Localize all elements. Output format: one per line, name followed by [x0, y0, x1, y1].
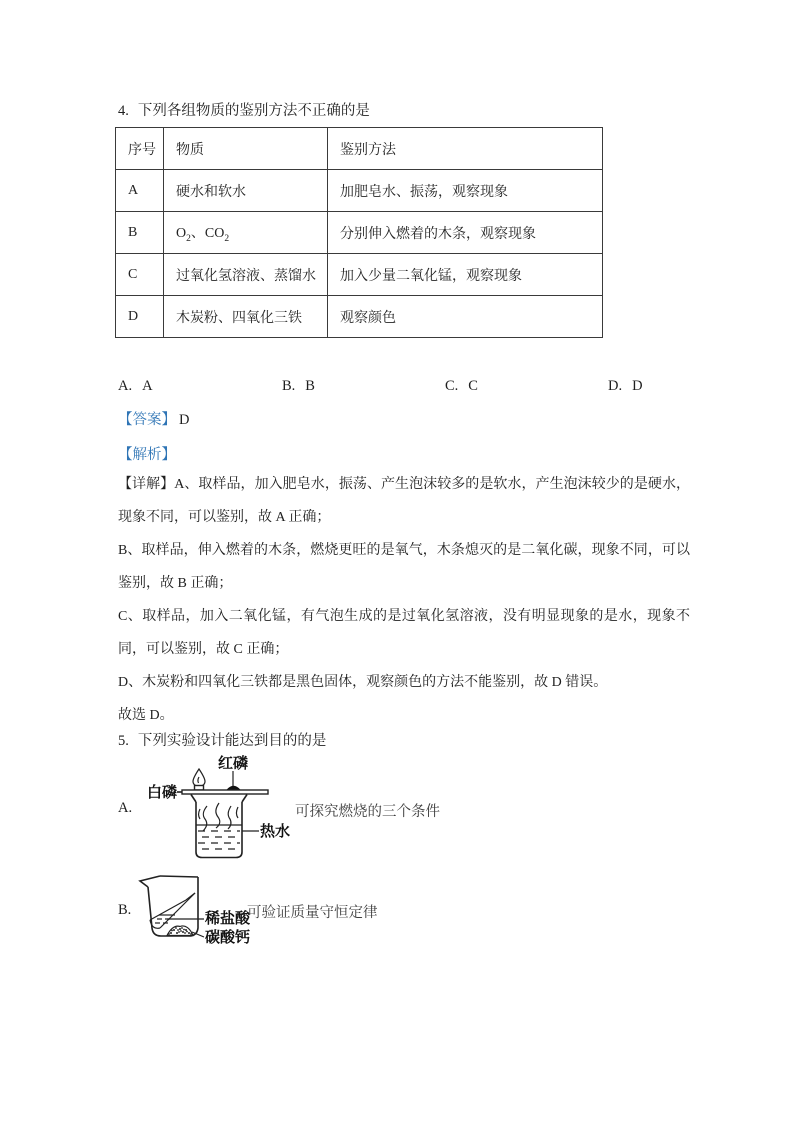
figure-B-caption: 可验证质量守恒定律 — [247, 901, 378, 922]
test-tube-shape — [150, 893, 195, 928]
detail-conclusion: 故选 D。 — [118, 699, 690, 732]
analysis-label: 【解析】 — [118, 447, 176, 463]
answer-label: 【答案】 — [118, 412, 176, 428]
table-row: D 木炭粉、四氧化三铁 观察颜色 — [116, 296, 603, 338]
header-cell-鉴别方法: 鉴别方法 — [328, 128, 603, 170]
calcium-carbonate-label: 碳酸钙 — [205, 928, 250, 946]
identification-methods-table: 序号 物质 鉴别方法 A 硬水和软水 加肥皂水、振荡，观察现象 B O2、CO2… — [115, 127, 603, 338]
table-row: C 过氧化氢溶液、蒸馏水 加入少量二氧化锰，观察现象 — [116, 254, 603, 296]
header-cell-物质: 物质 — [164, 128, 328, 170]
exam-document-page: 4.下列各组物质的鉴别方法不正确的是 序号 物质 鉴别方法 A 硬水和软水 加肥… — [0, 0, 793, 1122]
row-id: B — [116, 212, 164, 254]
header-cell-序号: 序号 — [116, 128, 164, 170]
answer-value: D — [179, 412, 189, 428]
question5-number: 5. — [118, 733, 129, 750]
analysis-line: 【解析】 — [118, 443, 176, 464]
mass-conservation-diagram: 稀盐酸 碳酸钙 — [135, 870, 250, 950]
table-row: B O2、CO2 分别伸入燃着的木条，观察现象 — [116, 212, 603, 254]
flame-icon — [193, 769, 205, 786]
detail-paragraph-d: D、木炭粉和四氧化三铁都是黑色固体，观察颜色的方法不能鉴别，故 D 错误。 — [118, 666, 690, 699]
row-substance: 木炭粉、四氧化三铁 — [164, 296, 328, 338]
row-method: 观察颜色 — [328, 296, 603, 338]
row-method: 加入少量二氧化锰，观察现象 — [328, 254, 603, 296]
answer-line: 【答案】D — [118, 408, 189, 429]
dilute-hcl-label: 稀盐酸 — [204, 909, 250, 927]
question4-text: 下列各组物质的鉴别方法不正确的是 — [138, 99, 370, 120]
beaker-shape — [140, 876, 198, 936]
row-id: D — [116, 296, 164, 338]
figure-A-caption: 可探究燃烧的三个条件 — [295, 800, 440, 821]
row-substance: 硬水和软水 — [164, 170, 328, 212]
row-method: 分别伸入燃着的木条，观察现象 — [328, 212, 603, 254]
table-row: A 硬水和软水 加肥皂水、振荡，观察现象 — [116, 170, 603, 212]
white-phosphorus-label: 白磷 — [147, 783, 177, 801]
calcium-carbonate-pile — [167, 926, 193, 936]
detail-paragraph-a: 【详解】A、取样品，加入肥皂水，振荡、产生泡沫较多的是软水，产生泡沫较少的是硬水… — [118, 468, 690, 534]
row-substance: 过氧化氢溶液、蒸馏水 — [164, 254, 328, 296]
row-id: A — [116, 170, 164, 212]
option-B: B.B — [282, 378, 315, 395]
row-id: C — [116, 254, 164, 296]
detail-paragraph-c: C、取样品，加入二氧化锰，有气泡生成的是过氧化氢溶液，没有明显现象的是水，现象不… — [118, 600, 690, 666]
hot-water-shape — [196, 825, 242, 849]
detail-paragraph-b: B、取样品，伸入燃着的木条，燃烧更旺的是氧气，木条熄灭的是二氧化碳，现象不同，可… — [118, 534, 690, 600]
figure-B-letter: B. — [118, 902, 131, 919]
cover-plate — [182, 790, 268, 794]
row-method: 加肥皂水、振荡，观察现象 — [328, 170, 603, 212]
table-header-row: 序号 物质 鉴别方法 — [116, 128, 603, 170]
question4-number: 4. — [118, 103, 129, 120]
option-C: C.C — [445, 378, 478, 395]
red-phosphorus-label: 红磷 — [218, 754, 248, 772]
steam-wisps — [199, 803, 239, 831]
option-A: A.A — [118, 378, 153, 395]
hot-water-label: 热水 — [260, 822, 290, 840]
detailed-explanation: 【详解】A、取样品，加入肥皂水，振荡、产生泡沫较多的是软水，产生泡沫较少的是硬水… — [118, 468, 690, 732]
row-substance: O2、CO2 — [164, 212, 328, 254]
option-D: D.D — [608, 378, 643, 395]
question4-stem: 4.下列各组物质的鉴别方法不正确的是 — [118, 99, 370, 120]
question5-text: 下列实验设计能达到目的的是 — [138, 729, 327, 750]
combustion-apparatus-diagram: 红磷 白磷 — [130, 750, 295, 862]
question5-stem: 5.下列实验设计能达到目的的是 — [118, 729, 326, 750]
